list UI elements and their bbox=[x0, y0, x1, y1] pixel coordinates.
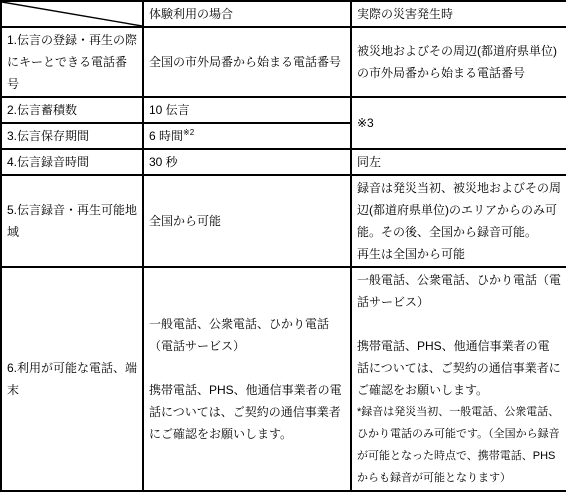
cell-merged-note: ※3 bbox=[351, 97, 566, 149]
cell-usable-phones-actual: 一般電話、公衆電話、ひかり電話（電話サービス） 携帯電話、PHS、他通信事業者の… bbox=[351, 267, 566, 491]
corner-cell bbox=[1, 1, 143, 27]
row-label-available-area: 5.伝言録音・再生可能地域 bbox=[1, 175, 143, 267]
cell-available-area-trial: 全国から可能 bbox=[143, 175, 351, 267]
retention-value: 6 時間 bbox=[149, 129, 183, 143]
paragraph: 再生は全国から可能 bbox=[357, 243, 561, 265]
col-header-trial-use: 体験利用の場合 bbox=[143, 1, 351, 27]
row-label-key-phone-number: 1.伝言の登録・再生の際にキーとできる電話番号 bbox=[1, 27, 143, 97]
row-label-message-count: 2.伝言蓄積数 bbox=[1, 97, 143, 123]
paragraph: 携帯電話、PHS、他通信事業者の電話については、ご契約の通信事業者にご確認をお願… bbox=[357, 335, 561, 401]
blank-line bbox=[357, 313, 561, 335]
cell-available-area-actual: 録音は発災当初、被災地およびその周辺(都道府県単位)のエリアからのみ可能。その後… bbox=[351, 175, 566, 267]
cell-usable-phones-trial: 一般電話、公衆電話、ひかり電話（電話サービス） 携帯電話、PHS、他通信事業者の… bbox=[143, 267, 351, 491]
paragraph: 携帯電話、PHS、他通信事業者の電話については、ご契約の通信事業者にご確認をお願… bbox=[149, 379, 345, 445]
footnote-recording-restriction: *録音は発災当初、一般電話、公衆電話、ひかり電話のみ可能です。（全国から録音が可… bbox=[357, 401, 561, 489]
row-label-usable-phones: 6.利用が可能な電話、端末 bbox=[1, 267, 143, 491]
paragraph: 一般電話、公衆電話、ひかり電話（電話サービス） bbox=[357, 269, 561, 313]
table-row: 6.利用が可能な電話、端末 一般電話、公衆電話、ひかり電話（電話サービス） 携帯… bbox=[1, 267, 566, 491]
disaster-message-service-comparison-table: 体験利用の場合 実際の災害発生時 1.伝言の登録・再生の際にキーとできる電話番号… bbox=[0, 0, 566, 492]
blank-line bbox=[149, 357, 345, 379]
cell-recording-time-actual: 同左 bbox=[351, 149, 566, 175]
row-label-retention-period: 3.伝言保存期間 bbox=[1, 123, 143, 149]
cell-key-phone-number-trial: 全国の市外局番から始まる電話番号 bbox=[143, 27, 351, 97]
row-label-recording-time: 4.伝言録音時間 bbox=[1, 149, 143, 175]
table-row: 1.伝言の登録・再生の際にキーとできる電話番号 全国の市外局番から始まる電話番号… bbox=[1, 27, 566, 97]
footnote-marker: ※2 bbox=[183, 128, 194, 137]
cell-key-phone-number-actual: 被災地およびその周辺(都道府県単位)の市外局番から始まる電話番号 bbox=[351, 27, 566, 97]
cell-retention-period-trial: 6 時間※2 bbox=[143, 123, 351, 149]
cell-recording-time-trial: 30 秒 bbox=[143, 149, 351, 175]
diagonal-line bbox=[2, 2, 142, 26]
table-row: 5.伝言録音・再生可能地域 全国から可能 録音は発災当初、被災地およびその周辺(… bbox=[1, 175, 566, 267]
header-row: 体験利用の場合 実際の災害発生時 bbox=[1, 1, 566, 27]
paragraph: 録音は発災当初、被災地およびその周辺(都道府県単位)のエリアからのみ可能。その後… bbox=[357, 177, 561, 243]
cell-message-count-trial: 10 伝言 bbox=[143, 97, 351, 123]
paragraph: 一般電話、公衆電話、ひかり電話（電話サービス） bbox=[149, 313, 345, 357]
table-row: 4.伝言録音時間 30 秒 同左 bbox=[1, 149, 566, 175]
col-header-actual-disaster: 実際の災害発生時 bbox=[351, 1, 566, 27]
table-row: 2.伝言蓄積数 10 伝言 ※3 bbox=[1, 97, 566, 123]
